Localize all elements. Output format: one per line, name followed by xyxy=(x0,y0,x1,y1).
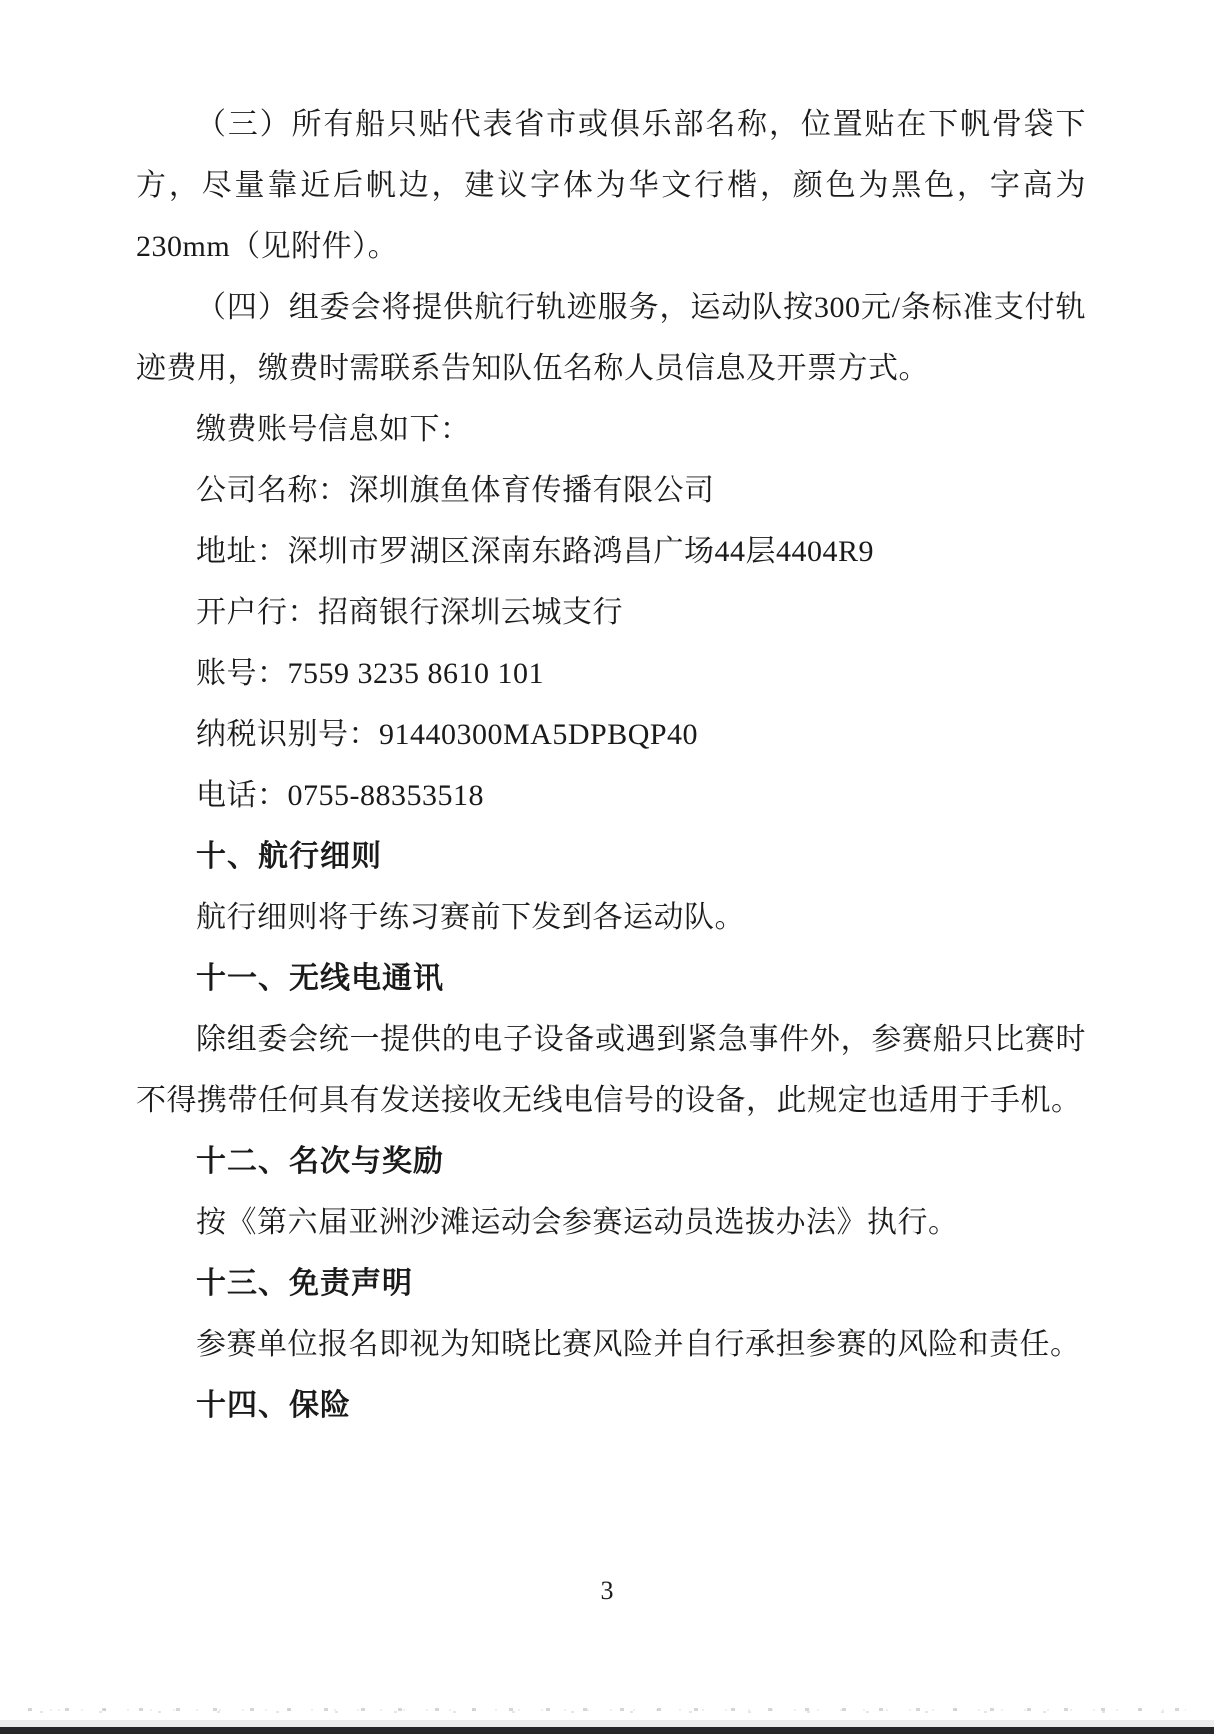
payment-phone: 电话：0755-88353518 xyxy=(136,765,1086,826)
heading-radio-communication: 十一、无线电通讯 xyxy=(136,948,1086,1009)
page-number: 3 xyxy=(0,1576,1214,1606)
heading-sailing-instructions: 十、航行细则 xyxy=(136,826,1086,887)
scan-artifact-row xyxy=(28,1706,1186,1714)
payment-account-number: 账号：7559 3235 8610 101 xyxy=(136,643,1086,704)
payment-info-title: 缴费账号信息如下： xyxy=(136,399,1086,460)
para-clause-4: （四）组委会将提供航行轨迹服务，运动队按300元/条标准支付轨迹费用，缴费时需联… xyxy=(136,277,1086,399)
scan-edge-dark xyxy=(0,1727,1214,1734)
payment-tax-id: 纳税识别号：91440300MA5DPBQP40 xyxy=(136,704,1086,765)
heading-insurance: 十四、保险 xyxy=(136,1375,1086,1436)
para-sailing-instructions: 航行细则将于练习赛前下发到各运动队。 xyxy=(136,887,1086,948)
para-disclaimer: 参赛单位报名即视为知晓比赛风险并自行承担参赛的风险和责任。 xyxy=(136,1314,1086,1375)
heading-ranking-awards: 十二、名次与奖励 xyxy=(136,1131,1086,1192)
payment-company-name: 公司名称：深圳旗鱼体育传播有限公司 xyxy=(136,460,1086,521)
para-ranking-awards: 按《第六届亚洲沙滩运动会参赛运动员选拔办法》执行。 xyxy=(136,1192,1086,1253)
para-radio-communication: 除组委会统一提供的电子设备或遇到紧急事件外，参赛船只比赛时不得携带任何具有发送接… xyxy=(136,1009,1086,1131)
scanned-document-page: （三）所有船只贴代表省市或俱乐部名称，位置贴在下帆骨袋下方，尽量靠近后帆边，建议… xyxy=(0,0,1214,1734)
payment-bank: 开户行：招商银行深圳云城支行 xyxy=(136,582,1086,643)
scan-edge-light xyxy=(0,1720,1214,1727)
payment-address: 地址：深圳市罗湖区深南东路鸿昌广场44层4404R9 xyxy=(136,521,1086,582)
document-body: （三）所有船只贴代表省市或俱乐部名称，位置贴在下帆骨袋下方，尽量靠近后帆边，建议… xyxy=(136,94,1086,1436)
heading-disclaimer: 十三、免责声明 xyxy=(136,1253,1086,1314)
para-clause-3: （三）所有船只贴代表省市或俱乐部名称，位置贴在下帆骨袋下方，尽量靠近后帆边，建议… xyxy=(136,94,1086,277)
